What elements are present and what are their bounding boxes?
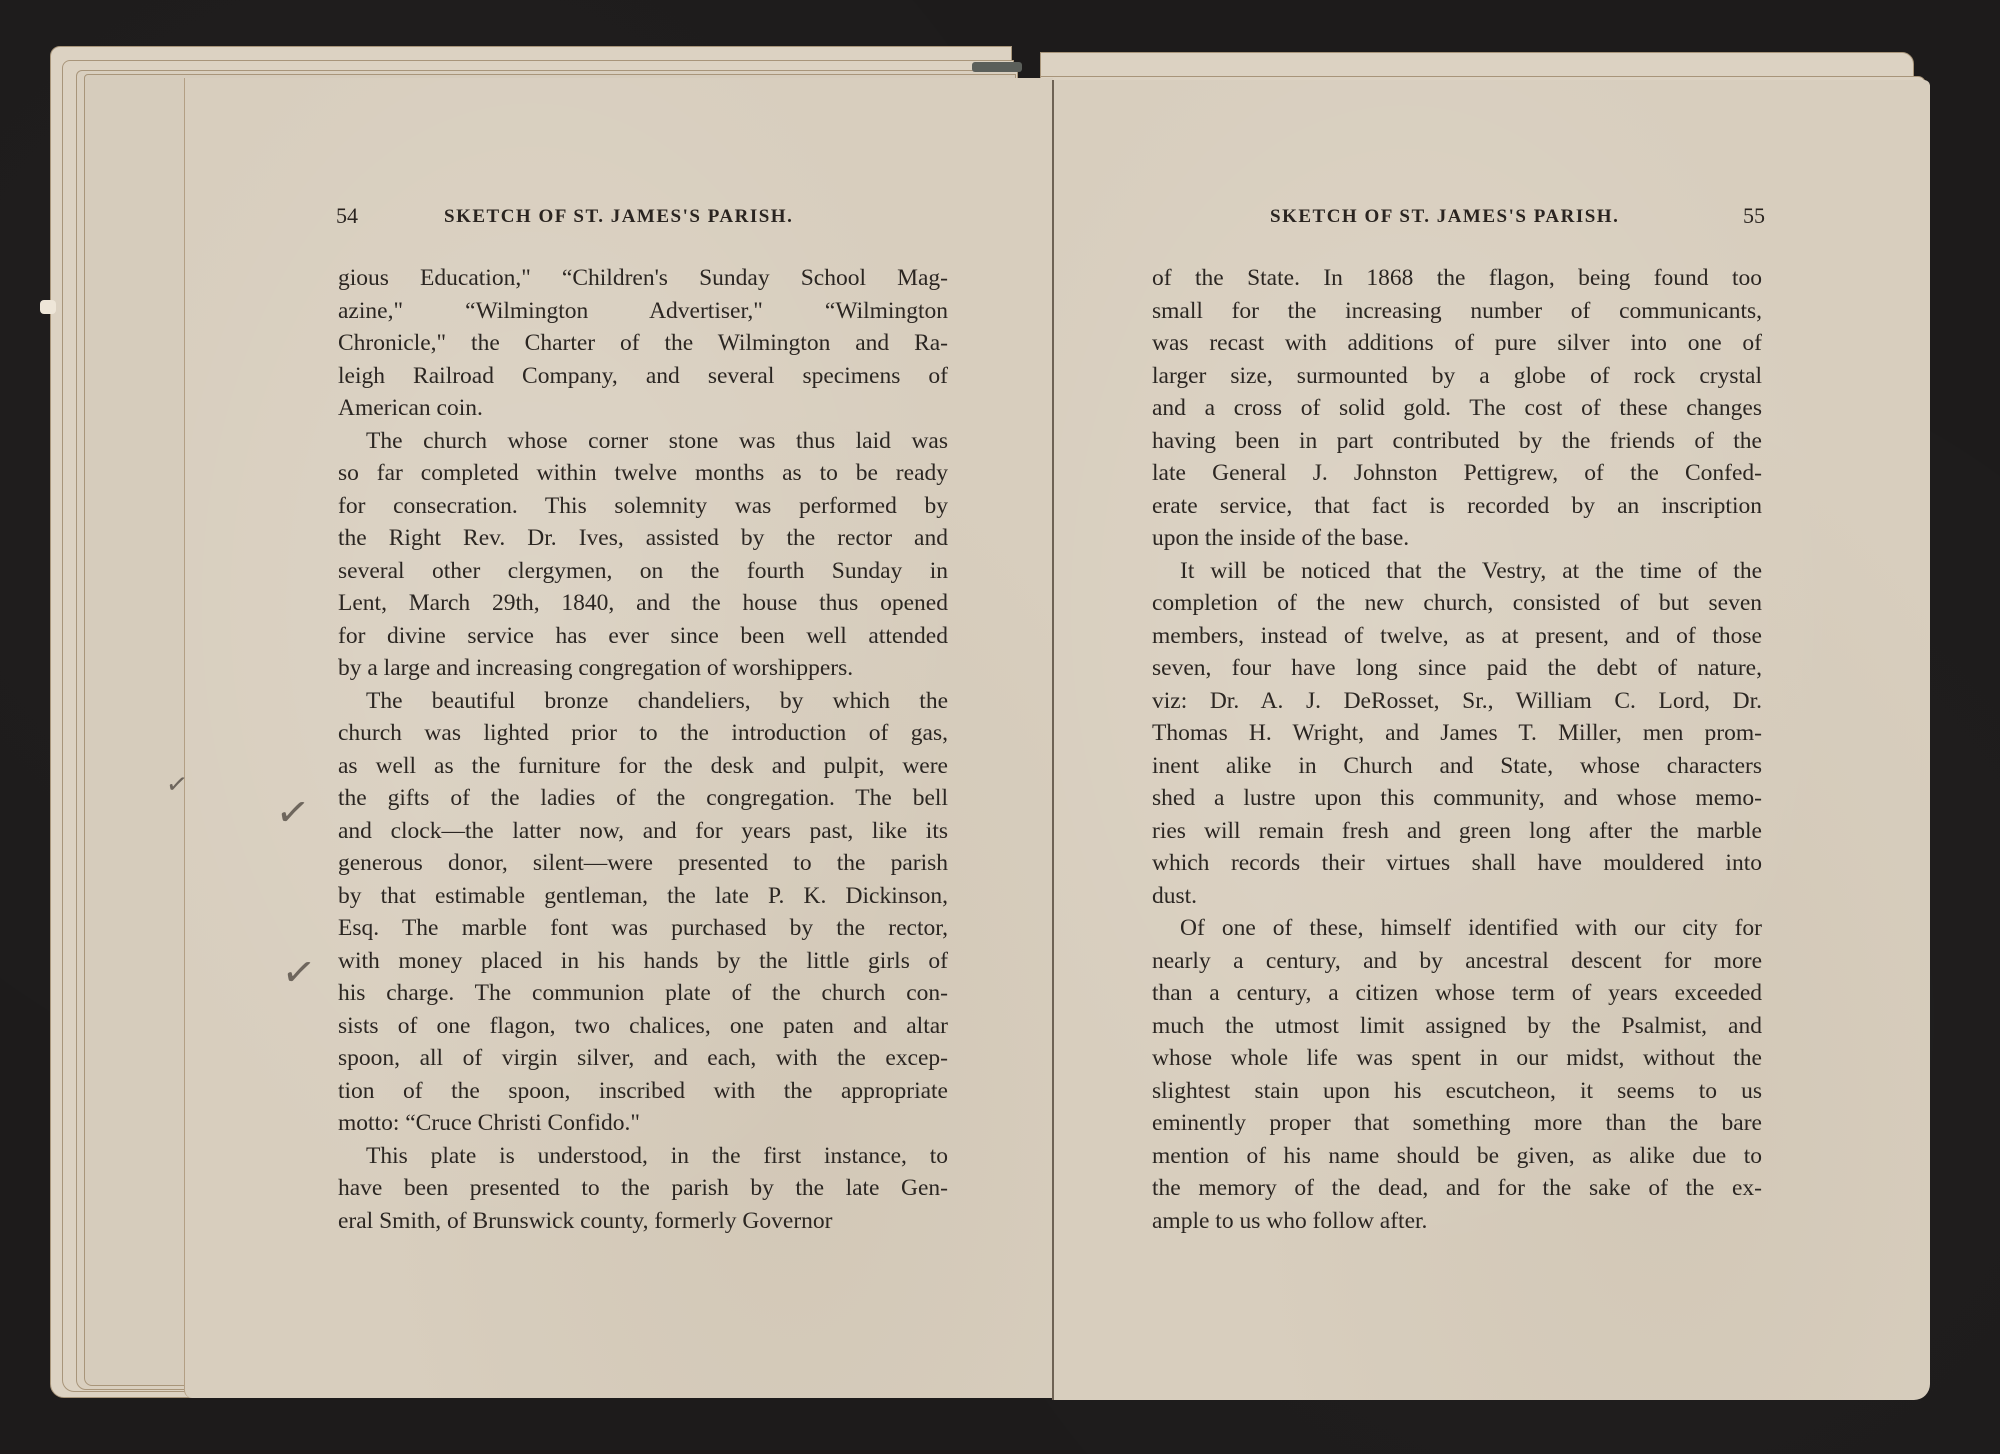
text-line: mention of his name should be given, as … (1152, 1140, 1762, 1173)
paragraph: of the State. In 1868 the flagon, being … (1152, 262, 1762, 555)
text-line: seven, four have long since paid the deb… (1152, 652, 1762, 685)
text-line: dust. (1152, 880, 1762, 913)
text-line: upon the inside of the base. (1152, 522, 1762, 555)
running-head-left: SKETCH OF ST. JAMES'S PARISH. (444, 206, 793, 228)
paragraph: gious Education," “Children's Sunday Sch… (338, 262, 948, 425)
paragraph: The beautiful bronze chandeliers, by whi… (338, 685, 948, 1140)
text-line: This plate is understood, in the first i… (338, 1140, 948, 1173)
text-line: azine," “Wilmington Advertiser," “Wilmin… (338, 295, 948, 328)
text-line: It will be noticed that the Vestry, at t… (1152, 555, 1762, 588)
text-line: than a century, a citizen whose term of … (1152, 977, 1762, 1010)
paragraph: It will be noticed that the Vestry, at t… (1152, 555, 1762, 913)
text-line: sists of one flagon, two chalices, one p… (338, 1010, 948, 1043)
text-line: members, instead of twelve, as at presen… (1152, 620, 1762, 653)
page-number-right: 55 (1743, 203, 1765, 229)
text-line: have been presented to the parish by the… (338, 1172, 948, 1205)
text-line: small for the increasing number of commu… (1152, 295, 1762, 328)
paragraph: This plate is understood, in the first i… (338, 1140, 948, 1238)
paper-tab (40, 300, 56, 314)
text-line: and a cross of solid gold. The cost of t… (1152, 392, 1762, 425)
left-page-body: gious Education," “Children's Sunday Sch… (338, 262, 948, 1237)
text-line: by a large and increasing congregation o… (338, 652, 948, 685)
paragraph: Of one of these, himself identified with… (1152, 912, 1762, 1237)
text-line: completion of the new church, consisted … (1152, 587, 1762, 620)
text-line: late General J. Johnston Pettigrew, of t… (1152, 457, 1762, 490)
binding-clip (972, 62, 1022, 72)
text-line: nearly a century, and by ancestral desce… (1152, 945, 1762, 978)
text-line: The beautiful bronze chandeliers, by whi… (338, 685, 948, 718)
text-line: shed a lustre upon this community, and w… (1152, 782, 1762, 815)
text-line: for divine service has ever since been w… (338, 620, 948, 653)
text-line: Thomas H. Wright, and James T. Miller, m… (1152, 717, 1762, 750)
text-line: and clock—the latter now, and for years … (338, 815, 948, 848)
text-line: the Right Rev. Dr. Ives, assisted by the… (338, 522, 948, 555)
text-line: with money placed in his hands by the li… (338, 945, 948, 978)
text-line: motto: “Cruce Christi Confido." (338, 1107, 948, 1140)
text-line: which records their virtues shall have m… (1152, 847, 1762, 880)
text-line: spoon, all of virgin silver, and each, w… (338, 1042, 948, 1075)
pencil-check-mark: ✓ (279, 948, 319, 998)
text-line: having been in part contributed by the f… (1152, 425, 1762, 458)
text-line: American coin. (338, 392, 948, 425)
text-line: so far completed within twelve months as… (338, 457, 948, 490)
text-line: ries will remain fresh and green long af… (1152, 815, 1762, 848)
paragraph: The church whose corner stone was thus l… (338, 425, 948, 685)
text-line: Esq. The marble font was purchased by th… (338, 912, 948, 945)
text-line: for consecration. This solemnity was per… (338, 490, 948, 523)
text-line: the memory of the dead, and for the sake… (1152, 1172, 1762, 1205)
text-line: was recast with additions of pure silver… (1152, 327, 1762, 360)
right-page-body: of the State. In 1868 the flagon, being … (1152, 262, 1762, 1237)
text-line: gious Education," “Children's Sunday Sch… (338, 262, 948, 295)
text-line: much the utmost limit assigned by the Ps… (1152, 1010, 1762, 1043)
text-line: eminently proper that something more tha… (1152, 1107, 1762, 1140)
running-head-right: SKETCH OF ST. JAMES'S PARISH. (1270, 206, 1619, 228)
text-line: tion of the spoon, inscribed with the ap… (338, 1075, 948, 1108)
text-line: as well as the furniture for the desk an… (338, 750, 948, 783)
text-line: Lent, March 29th, 1840, and the house th… (338, 587, 948, 620)
text-line: church was lighted prior to the introduc… (338, 717, 948, 750)
text-line: larger size, surmounted by a globe of ro… (1152, 360, 1762, 393)
text-line: inent alike in Church and State, whose c… (1152, 750, 1762, 783)
text-line: generous donor, silent—were presented to… (338, 847, 948, 880)
text-line: erate service, that fact is recorded by … (1152, 490, 1762, 523)
text-line: by that estimable gentleman, the late P.… (338, 880, 948, 913)
text-line: of the State. In 1868 the flagon, being … (1152, 262, 1762, 295)
text-line: ample to us who follow after. (1152, 1205, 1762, 1238)
text-line: Of one of these, himself identified with… (1152, 912, 1762, 945)
text-line: The church whose corner stone was thus l… (338, 425, 948, 458)
pencil-check-mark: ✓ (273, 788, 313, 838)
pencil-check-mark: ✓ (164, 769, 190, 802)
text-line: Chronicle," the Charter of the Wilmingto… (338, 327, 948, 360)
text-line: several other clergymen, on the fourth S… (338, 555, 948, 588)
text-line: slightest stain upon his escutcheon, it … (1152, 1075, 1762, 1108)
page-number-left: 54 (336, 203, 358, 229)
text-line: eral Smith, of Brunswick county, formerl… (338, 1205, 948, 1238)
text-line: leigh Railroad Company, and several spec… (338, 360, 948, 393)
text-line: whose whole life was spent in our midst,… (1152, 1042, 1762, 1075)
text-line: his charge. The communion plate of the c… (338, 977, 948, 1010)
text-line: the gifts of the ladies of the congregat… (338, 782, 948, 815)
text-line: viz: Dr. A. J. DeRosset, Sr., William C.… (1152, 685, 1762, 718)
